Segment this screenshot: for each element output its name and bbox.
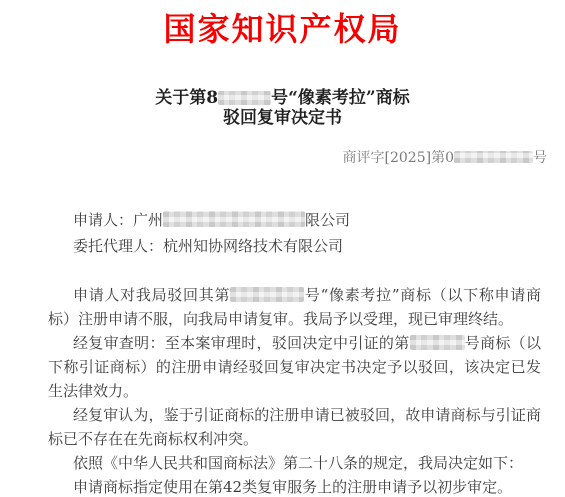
agent-line: 委托代理人：杭州知协网络技术有限公司 [73,233,565,259]
paragraph-opinion: 经复审认为，鉴于引证商标的注册申请已被驳回，故申请商标与引证商标已不存在在先商标… [48,403,541,451]
paragraph-findings: 经复审查明：至本案审理时，驳回决定中引证的第号商标（以下称引证商标）的注册申请经… [48,331,541,403]
org-title: 国家知识产权局 [0,10,565,48]
redaction-trademark-number [218,91,271,105]
reference-number-post: 号 [533,150,547,166]
paragraph-review-request: 申请人对我局驳回其第号“像素考拉”商标（以下称申请商标）注册申请不服，向我局申请… [48,283,541,331]
decision-document-page: 国家知识产权局 关于第8号“像素考拉”商标 驳回复审决定书 商评字[2025]第… [0,0,565,497]
applicant-line: 申请人：广州限公司 [73,207,565,233]
doc-title-line1-post: 号“像素考拉”商标 [271,88,410,108]
doc-title-line1-pre: 关于第8 [155,88,218,108]
paragraph-legal-basis: 依照《中华人民共和国商标法》第二十八条的规定，我局决定如下： [48,451,541,475]
paragraph-2-pre: 经复审查明：至本案审理时，驳回决定中引证的第 [73,334,410,352]
decision-body: 申请人对我局驳回其第号“像素考拉”商标（以下称申请商标）注册申请不服，向我局申请… [48,283,541,497]
redaction-reference-number [454,151,533,163]
doc-title: 关于第8号“像素考拉”商标 驳回复审决定书 [0,88,565,128]
paragraph-1-pre: 申请人对我局驳回其第 [73,286,230,304]
applicant-line-post: 限公司 [305,211,350,229]
reference-number: 商评字[2025]第0号 [0,150,565,167]
redaction-para2-cited-number [410,335,465,350]
parties-block: 申请人：广州限公司 委托代理人：杭州知协网络技术有限公司 [73,207,565,259]
applicant-line-pre: 申请人：广州 [73,211,163,229]
redaction-applicant-name [163,211,305,227]
redaction-para1-trademark-number [230,287,304,302]
paragraph-decision: 申请商标指定使用在第42类复审服务上的注册申请予以初步审定。 [48,475,541,497]
reference-number-pre: 商评字[2025]第0 [343,150,454,166]
doc-title-line2: 驳回复审决定书 [223,108,342,128]
